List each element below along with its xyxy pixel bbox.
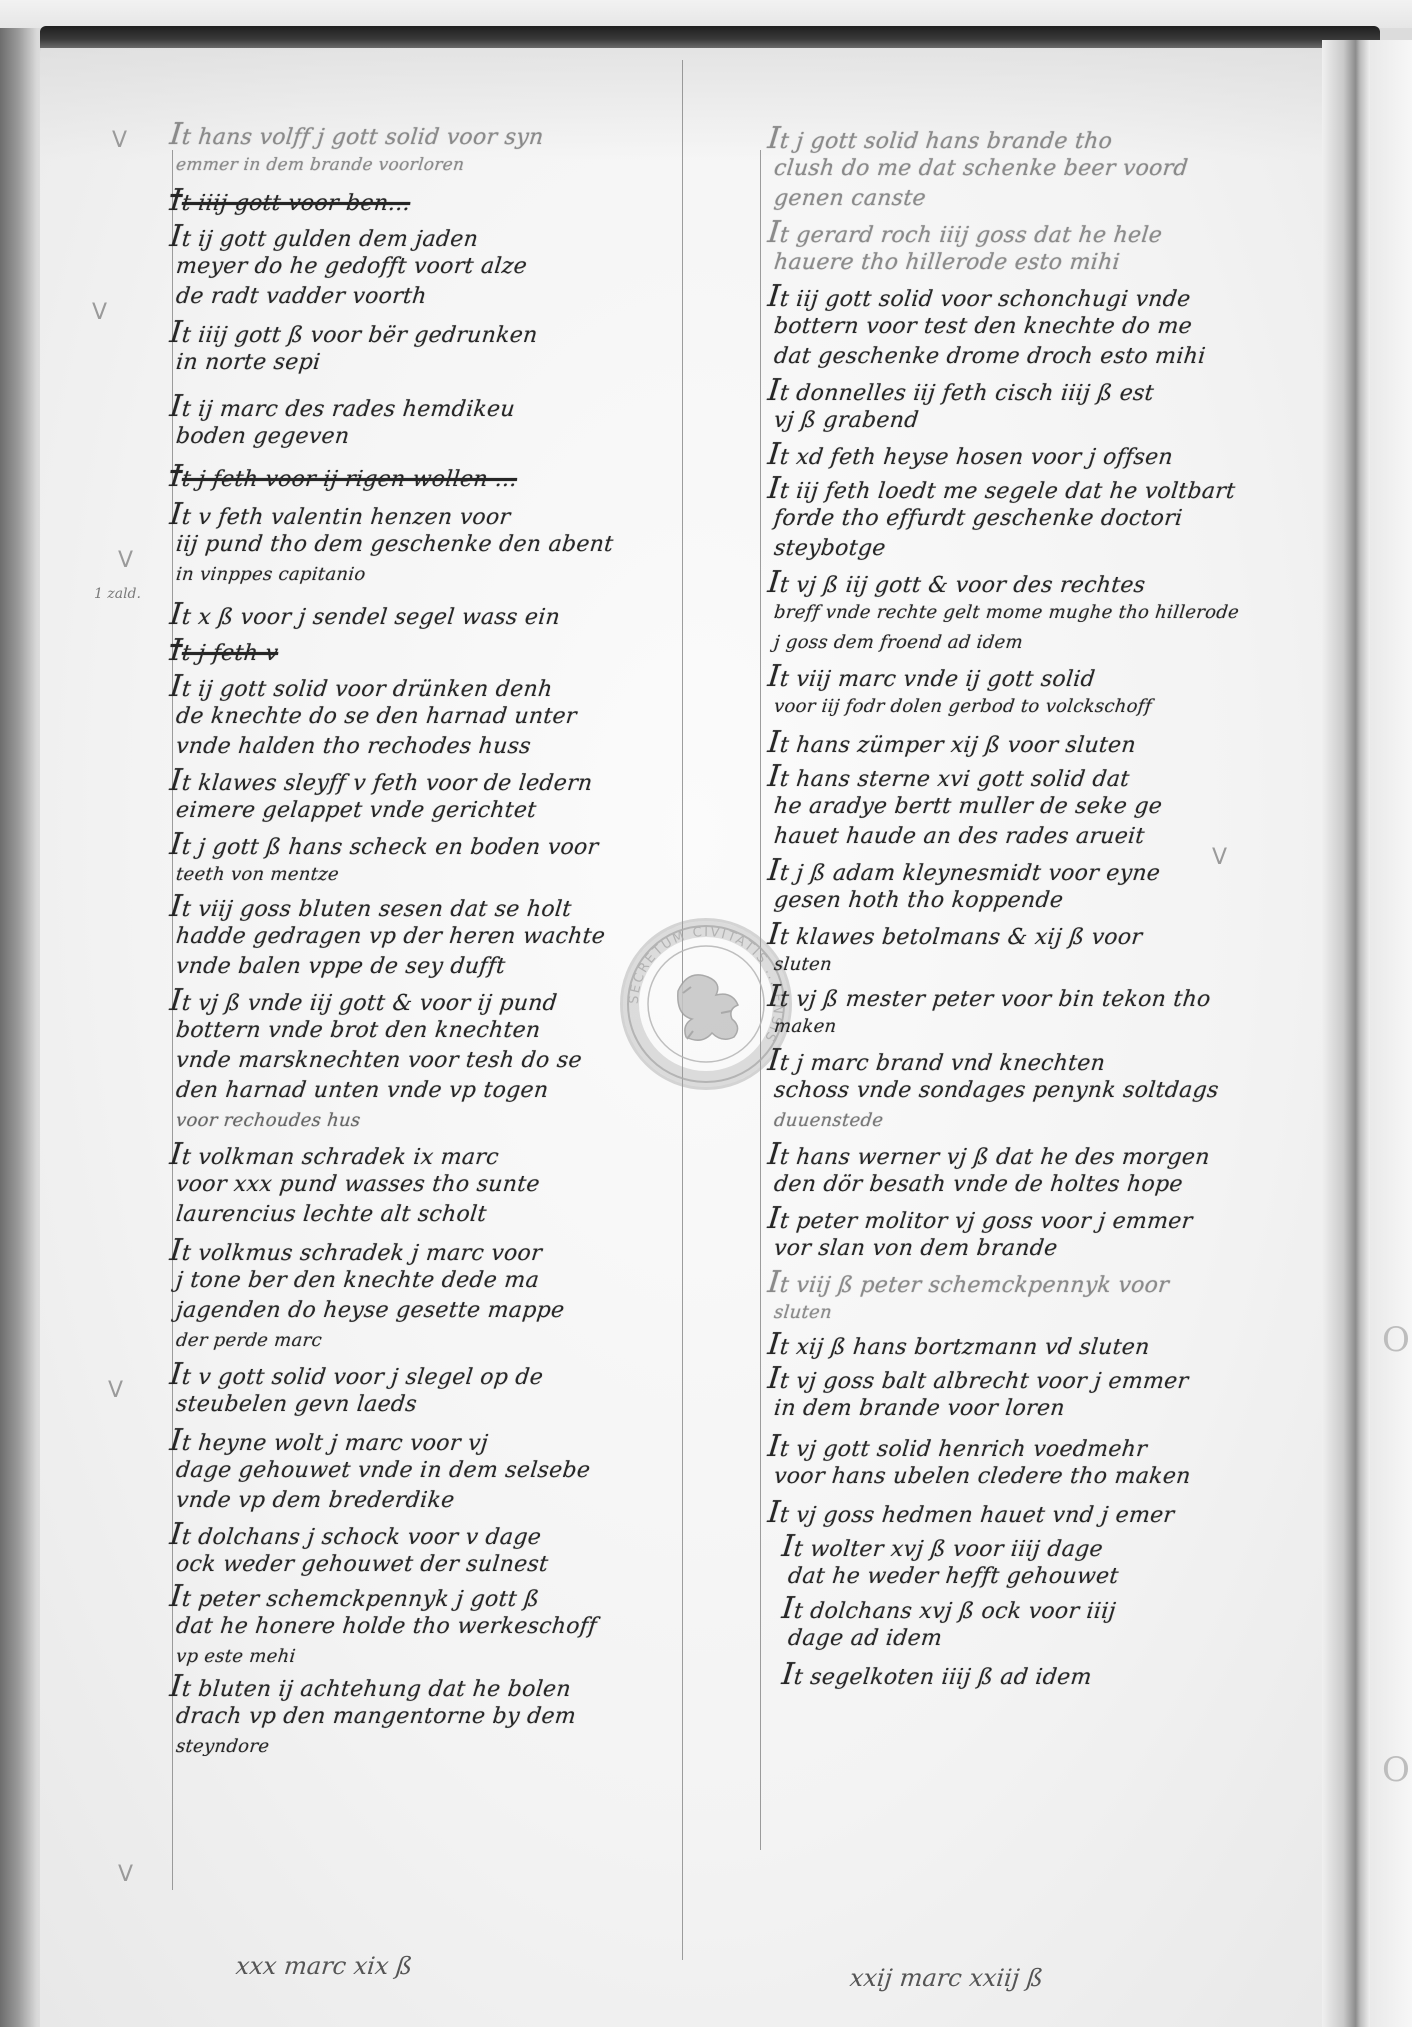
entry-line: It j feth voor ij rigen wollen ... xyxy=(168,462,711,492)
facing-page-edge: O O xyxy=(1370,40,1412,2027)
ledger-entry: It ij gott gulden dem jaden meyer do he … xyxy=(170,222,710,312)
margin-note: 1 zald. xyxy=(94,586,141,602)
ledger-entry: It x ß voor j sendel segel wass ein xyxy=(170,600,710,630)
entry-line: It xd feth heyse hosen voor j offsen xyxy=(766,440,1309,470)
entry-line: de radt vadder voorth xyxy=(168,282,711,312)
entry-line: gesen hoth tho koppende xyxy=(766,886,1309,916)
entry-line: It hans zümper xij ß voor sluten xyxy=(766,728,1309,758)
entry-line: breff vnde rechte gelt mome mughe tho hi… xyxy=(766,598,1309,628)
entry-line: den dör besath vnde de holtes hope xyxy=(766,1170,1309,1200)
entry-line: vnde halden tho rechodes huss xyxy=(168,732,711,762)
entry-line: It v gott solid voor j slegel op de xyxy=(168,1360,711,1390)
entry-line: teeth von mentze xyxy=(168,860,711,890)
entry-line: iij pund tho dem geschenke den abent xyxy=(168,530,711,560)
entry-line: voor xxx pund wasses tho sunte xyxy=(168,1170,711,1200)
right-column-total: xxij marc xxiij ß xyxy=(849,1964,1045,1992)
entry-line: It v feth valentin henzen voor xyxy=(168,500,711,530)
entry-line: in vinppes capitanio xyxy=(168,560,711,590)
entry-line: vnde balen vppe de sey dufft xyxy=(168,952,711,982)
ledger-entry: It xij ß hans bortzmann vd sluten xyxy=(768,1330,1308,1360)
ledger-entry: It peter molitor vj goss voor j emmer vo… xyxy=(768,1204,1308,1264)
entry-line: It vj ß iij gott & voor des rechtes xyxy=(766,568,1309,598)
ledger-entry: It bluten ij achtehung dat he bolen drac… xyxy=(170,1672,710,1762)
left-column-total: xxx marc xix ß xyxy=(235,1952,414,1980)
ledger-entry: It j gott solid hans brande tho clush do… xyxy=(768,124,1308,214)
scan-background-top xyxy=(0,0,1412,28)
entry-line: voor hans ubelen cledere tho maken xyxy=(766,1462,1309,1492)
entry-line: It xij ß hans bortzmann vd sluten xyxy=(766,1330,1309,1360)
entry-line: It klawes betolmans & xij ß voor xyxy=(766,920,1309,950)
entry-line: It wolter xvj ß voor iiij dage xyxy=(780,1532,1323,1562)
entry-line: It hans werner vj ß dat he des morgen xyxy=(766,1140,1309,1170)
entry-line: hauet haude an des rades arueit xyxy=(766,822,1309,852)
entry-line: It ij gott gulden dem jaden xyxy=(168,222,711,252)
entry-line: It j gott ß hans scheck en boden voor xyxy=(168,830,711,860)
entry-line: vnde marsknechten voor tesh do se xyxy=(168,1046,711,1076)
entry-line: forde tho effurdt geschenke doctori xyxy=(766,504,1309,534)
entry-line: schoss vnde sondages penynk soltdags xyxy=(766,1076,1309,1106)
entry-line: de knechte do se den harnad unter xyxy=(168,702,711,732)
ledger-entry-struck: It iiij gott voor ben... xyxy=(170,186,710,216)
ledger-entry: It klawes sleyff v feth voor de ledern e… xyxy=(170,766,710,826)
ledger-entry: It vj ß iij gott & voor des rechtes bref… xyxy=(768,568,1308,658)
entry-line: dat he honere holde tho werkeschoff xyxy=(168,1612,711,1642)
entry-line: It segelkoten iiij ß ad idem xyxy=(780,1660,1323,1690)
entry-line: maken xyxy=(766,1012,1309,1042)
ledger-entry: It vj ß mester peter voor bin tekon tho … xyxy=(768,982,1308,1042)
ledger-entry-struck: It j feth v xyxy=(170,636,710,666)
entry-line: It x ß voor j sendel segel wass ein xyxy=(168,600,711,630)
entry-line: vj ß grabend xyxy=(766,406,1309,436)
entry-line: voor iij fodr dolen gerbod to volckschof… xyxy=(766,692,1309,722)
entry-line: he aradye bertt muller de seke ge xyxy=(766,792,1309,822)
entry-line: It j marc brand vnd knechten xyxy=(766,1046,1309,1076)
entry-line: It j ß adam kleynesmidt voor eyne xyxy=(766,856,1309,886)
entry-line: j tone ber den knechte dede ma xyxy=(168,1266,711,1296)
ledger-entry: It klawes betolmans & xij ß voor sluten xyxy=(768,920,1308,980)
checkmark-icon: V xyxy=(118,1862,133,1887)
ledger-entry: It donnelles iij feth cisch iiij ß est v… xyxy=(768,376,1308,436)
ledger-entry-struck: It j feth voor ij rigen wollen ... xyxy=(170,462,710,492)
ledger-entry: It hans volff j gott solid voor syn emme… xyxy=(170,120,710,180)
book-gutter xyxy=(1322,40,1370,2027)
entry-line: eimere gelappet vnde gerichtet xyxy=(168,796,711,826)
binding-edge xyxy=(40,26,1380,48)
entry-line: dage ad idem xyxy=(780,1624,1323,1654)
entry-line: It ij gott solid voor drünken denh xyxy=(168,672,711,702)
entry-line: hauere tho hillerode esto mihi xyxy=(766,248,1309,278)
ledger-entry: It j gott ß hans scheck en boden voor te… xyxy=(170,830,710,890)
checkmark-icon: V xyxy=(108,1378,123,1403)
entry-line: It donnelles iij feth cisch iiij ß est xyxy=(766,376,1309,406)
ledger-entry: It iij gott solid voor schonchugi vnde b… xyxy=(768,282,1308,372)
entry-line: dat he weder hefft gehouwet xyxy=(780,1562,1323,1592)
entry-line: emmer in dem brande voorloren xyxy=(168,150,711,180)
ledger-entry: It v feth valentin henzen voor iij pund … xyxy=(170,500,710,590)
entry-line: It j feth v xyxy=(168,636,711,666)
entry-line: duuenstede xyxy=(766,1106,1309,1136)
entry-line: in dem brande voor loren xyxy=(766,1394,1309,1424)
ledger-entry: It vj gott solid henrich voedmehr voor h… xyxy=(768,1432,1308,1492)
ledger-entry: It wolter xvj ß voor iiij dage dat he we… xyxy=(782,1532,1322,1592)
entry-line: hadde gedragen vp der heren wachte xyxy=(168,922,711,952)
ledger-entry: It gerard roch iiij goss dat he hele hau… xyxy=(768,218,1308,278)
entry-line: sluten xyxy=(766,950,1309,980)
ledger-entry: It iij feth loedt me segele dat he voltb… xyxy=(768,474,1308,564)
entry-line: It iij gott solid voor schonchugi vnde xyxy=(766,282,1309,312)
ledger-entry: It j marc brand vnd knechten schoss vnde… xyxy=(768,1046,1308,1136)
ledger-entry: It vj goss balt albrecht voor j emmer in… xyxy=(768,1364,1308,1424)
entry-line: It vj goss hedmen hauet vnd j emer xyxy=(766,1498,1309,1528)
entry-line: vor slan von dem brande xyxy=(766,1234,1309,1264)
entry-line: dage gehouwet vnde in dem selsebe xyxy=(168,1456,711,1486)
checkmark-icon: V xyxy=(112,128,127,153)
ledger-entry: It viij goss bluten sesen dat se holt ha… xyxy=(170,892,710,982)
ledger-entry: It segelkoten iiij ß ad idem xyxy=(782,1660,1322,1690)
entry-line: It iij feth loedt me segele dat he voltb… xyxy=(766,474,1309,504)
ledger-entry: It dolchans j schock voor v dage ock wed… xyxy=(170,1520,710,1580)
entry-line: It viij marc vnde ij gott solid xyxy=(766,662,1309,692)
entry-line: It dolchans j schock voor v dage xyxy=(168,1520,711,1550)
left-ledger-column: It hans volff j gott solid voor syn emme… xyxy=(170,120,710,1762)
ledger-entry: It j ß adam kleynesmidt voor eyne gesen … xyxy=(768,856,1308,916)
entry-line: It volkman schradek ix marc xyxy=(168,1140,711,1170)
ledger-entry: It hans zümper xij ß voor sluten xyxy=(768,728,1308,758)
entry-line: bottern vnde brot den knechten xyxy=(168,1016,711,1046)
ledger-entry: It ij marc des rades hemdikeu boden gege… xyxy=(170,392,710,452)
entry-line: genen canste xyxy=(766,184,1309,214)
entry-line: It hans sterne xvi gott solid dat xyxy=(766,762,1309,792)
entry-line: steybotge xyxy=(766,534,1309,564)
entry-line: meyer do he gedofft voort alze xyxy=(168,252,711,282)
facing-page-letter: O xyxy=(1382,1750,1410,1790)
entry-line: It vj ß mester peter voor bin tekon tho xyxy=(766,982,1309,1012)
ledger-entry: It heyne wolt j marc voor vj dage gehouw… xyxy=(170,1426,710,1516)
entry-line: drach vp den mangentorne by dem xyxy=(168,1702,711,1732)
ledger-entry: It volkman schradek ix marc voor xxx pun… xyxy=(170,1140,710,1230)
entry-line: laurencius lechte alt scholt xyxy=(168,1200,711,1230)
entry-line: den harnad unten vnde vp togen xyxy=(168,1076,711,1106)
entry-line: boden gegeven xyxy=(168,422,711,452)
ledger-entry: It volkmus schradek j marc voor j tone b… xyxy=(170,1236,710,1356)
ledger-entry: It iiij gott ß voor bër gedrunken in nor… xyxy=(170,318,710,378)
entry-line: bottern voor test den knechte do me xyxy=(766,312,1309,342)
entry-line: It viij goss bluten sesen dat se holt xyxy=(168,892,711,922)
ledger-entry: It vj ß vnde iij gott & voor ij pund bot… xyxy=(170,986,710,1136)
checkmark-icon: V xyxy=(118,548,133,573)
entry-line: It dolchans xvj ß ock voor iiij xyxy=(780,1594,1323,1624)
ledger-entry: It vj goss hedmen hauet vnd j emer xyxy=(768,1498,1308,1528)
entry-line: in norte sepi xyxy=(168,348,711,378)
checkmark-icon: V xyxy=(92,300,107,325)
entry-line: It hans volff j gott solid voor syn xyxy=(168,120,711,150)
entry-line: It vj ß vnde iij gott & voor ij pund xyxy=(168,986,711,1016)
entry-line: vp este mehi xyxy=(168,1642,711,1672)
ledger-entry: It xd feth heyse hosen voor j offsen xyxy=(768,440,1308,470)
entry-line: der perde marc xyxy=(168,1326,711,1356)
entry-line: jagenden do heyse gesette mappe xyxy=(168,1296,711,1326)
ledger-entry: It dolchans xvj ß ock voor iiij dage ad … xyxy=(782,1594,1322,1654)
entry-line: voor rechoudes hus xyxy=(168,1106,711,1136)
entry-line: It peter schemckpennyk j gott ß xyxy=(168,1582,711,1612)
entry-line: It peter molitor vj goss voor j emmer xyxy=(766,1204,1309,1234)
entry-line: clush do me dat schenke beer voord xyxy=(766,154,1309,184)
entry-line: It ij marc des rades hemdikeu xyxy=(168,392,711,422)
right-ledger-column: It j gott solid hans brande tho clush do… xyxy=(768,124,1308,1690)
entry-line: It heyne wolt j marc voor vj xyxy=(168,1426,711,1456)
entry-line: It bluten ij achtehung dat he bolen xyxy=(168,1672,711,1702)
ledger-entry: It viij ß peter schemckpennyk voor slute… xyxy=(768,1268,1308,1328)
entry-line: steyndore xyxy=(168,1732,711,1762)
entry-line: It klawes sleyff v feth voor de ledern xyxy=(168,766,711,796)
entry-line: It gerard roch iiij goss dat he hele xyxy=(766,218,1309,248)
ledger-entry: It ij gott solid voor drünken denh de kn… xyxy=(170,672,710,762)
entry-line: It vj goss balt albrecht voor j emmer xyxy=(766,1364,1309,1394)
facing-page-letter: O xyxy=(1382,1320,1410,1360)
entry-line: vnde vp dem brederdike xyxy=(168,1486,711,1516)
entry-line: dat geschenke drome droch esto mihi xyxy=(766,342,1309,372)
ledger-entry: It hans werner vj ß dat he des morgen de… xyxy=(768,1140,1308,1200)
ledger-entry: It viij marc vnde ij gott solid voor iij… xyxy=(768,662,1308,722)
entry-line: It iiij gott voor ben... xyxy=(168,186,711,216)
entry-line: ock weder gehouwet der sulnest xyxy=(168,1550,711,1580)
ledger-entry: It v gott solid voor j slegel op de steu… xyxy=(170,1360,710,1420)
entry-line: It viij ß peter schemckpennyk voor xyxy=(766,1268,1309,1298)
ledger-entry: It hans sterne xvi gott solid dat he ara… xyxy=(768,762,1308,852)
entry-line: steubelen gevn laeds xyxy=(168,1390,711,1420)
entry-line: It iiij gott ß voor bër gedrunken xyxy=(168,318,711,348)
entry-line: It j gott solid hans brande tho xyxy=(766,124,1309,154)
entry-line: j goss dem froend ad idem xyxy=(766,628,1309,658)
entry-line: It vj gott solid henrich voedmehr xyxy=(766,1432,1309,1462)
entry-line: sluten xyxy=(766,1298,1309,1328)
ledger-entry: It peter schemckpennyk j gott ß dat he h… xyxy=(170,1582,710,1672)
entry-line: It volkmus schradek j marc voor xyxy=(168,1236,711,1266)
